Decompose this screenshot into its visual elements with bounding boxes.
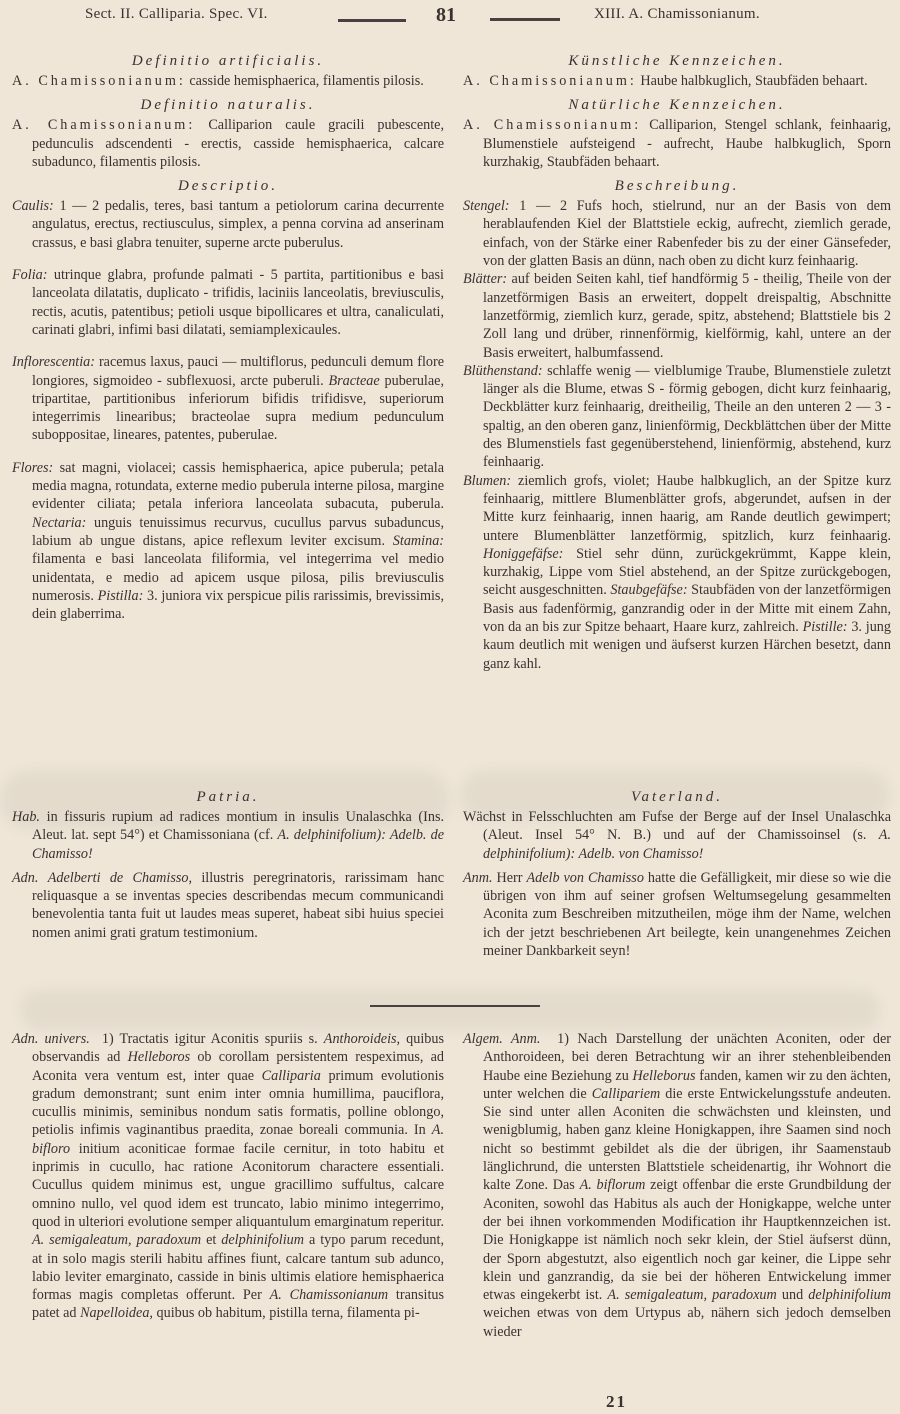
- book-page: Sect. II. Calliparia. Spec. VI. 81 XIII.…: [0, 0, 900, 1414]
- running-head-latin: Sect. II. Calliparia. Spec. VI.: [85, 6, 268, 23]
- definition-natural: A. Chamissonianum: Calliparion caule gra…: [12, 116, 444, 171]
- vaterland: Wächst in Felsschluchten am Fufse der Be…: [463, 808, 891, 863]
- running-head-german: XIII. A. Chamissonianum.: [594, 6, 760, 23]
- definition-artificial: A. Chamissonianum: casside hemisphaerica…: [12, 72, 444, 90]
- kennzeichen-kuenstlich: A. Chamissonianum: Haube halbkuglich, St…: [463, 72, 891, 90]
- beschreibung-blumen: Blumen: ziemlich grofs, violet; Haube ha…: [463, 472, 891, 673]
- header-rule-right: [490, 18, 560, 21]
- latin-column: Definitio artificialis. A. Chamissonianu…: [12, 50, 444, 623]
- beschreibung-stengel: Stengel: 1 — 2 Fufs hoch, stielrund, nur…: [463, 197, 891, 270]
- beschreibung-bluethenstand: Blüthenstand: schlaffe wenig — vielblumi…: [463, 362, 891, 472]
- german-column: Künstliche Kennzeichen. A. Chamissonianu…: [463, 50, 891, 673]
- section-divider: [370, 1005, 540, 1007]
- german-vaterland: Vaterland. Wächst in Felsschluchten am F…: [463, 786, 891, 960]
- description-inflorescentia: Inflorescentia: racemus laxus, pauci — m…: [12, 353, 444, 444]
- description-flores: Flores: sat magni, violacei; cassis hemi…: [12, 459, 444, 624]
- page-number: 81: [436, 4, 456, 27]
- allgemeine-anmerkung: Algem. Anm. 1) Nach Darstellung der unäc…: [463, 1030, 891, 1341]
- section-title: Definitio naturalis.: [12, 94, 444, 116]
- section-title: Künstliche Kennzeichen.: [463, 50, 891, 72]
- german-general-note: Algem. Anm. 1) Nach Darstellung der unäc…: [463, 1030, 891, 1341]
- paper-stain: [20, 990, 880, 1030]
- anmerkung: Anm. Herr Adelb von Chamisso hatte die G…: [463, 869, 891, 960]
- adnotatio-universalis: Adn. univers. 1) Tractatis igitur Aconit…: [12, 1030, 444, 1323]
- section-title: Patria.: [12, 786, 444, 808]
- beschreibung-blaetter: Blätter: auf beiden Seiten kahl, tief ha…: [463, 270, 891, 361]
- adnotatio: Adn. Adelberti de Chamisso, illustris pe…: [12, 869, 444, 942]
- section-title: Descriptio.: [12, 175, 444, 197]
- section-title: Beschreibung.: [463, 175, 891, 197]
- section-title: Vaterland.: [463, 786, 891, 808]
- latin-patria: Patria. Hab. in fissuris rupium ad radic…: [12, 786, 444, 942]
- signature-mark: 21: [606, 1392, 627, 1412]
- section-title: Natürliche Kennzeichen.: [463, 94, 891, 116]
- header-rule-left: [338, 19, 406, 22]
- description-caulis: Caulis: 1 — 2 pedalis, teres, basi tantu…: [12, 197, 444, 252]
- section-title: Definitio artificialis.: [12, 50, 444, 72]
- habitat: Hab. in fissuris rupium ad radices monti…: [12, 808, 444, 863]
- kennzeichen-natuerlich: A. Chamissonianum: Calliparion, Stengel …: [463, 116, 891, 171]
- description-folia: Folia: utrinque glabra, profunde palmati…: [12, 266, 444, 339]
- latin-general-note: Adn. univers. 1) Tractatis igitur Aconit…: [12, 1030, 444, 1323]
